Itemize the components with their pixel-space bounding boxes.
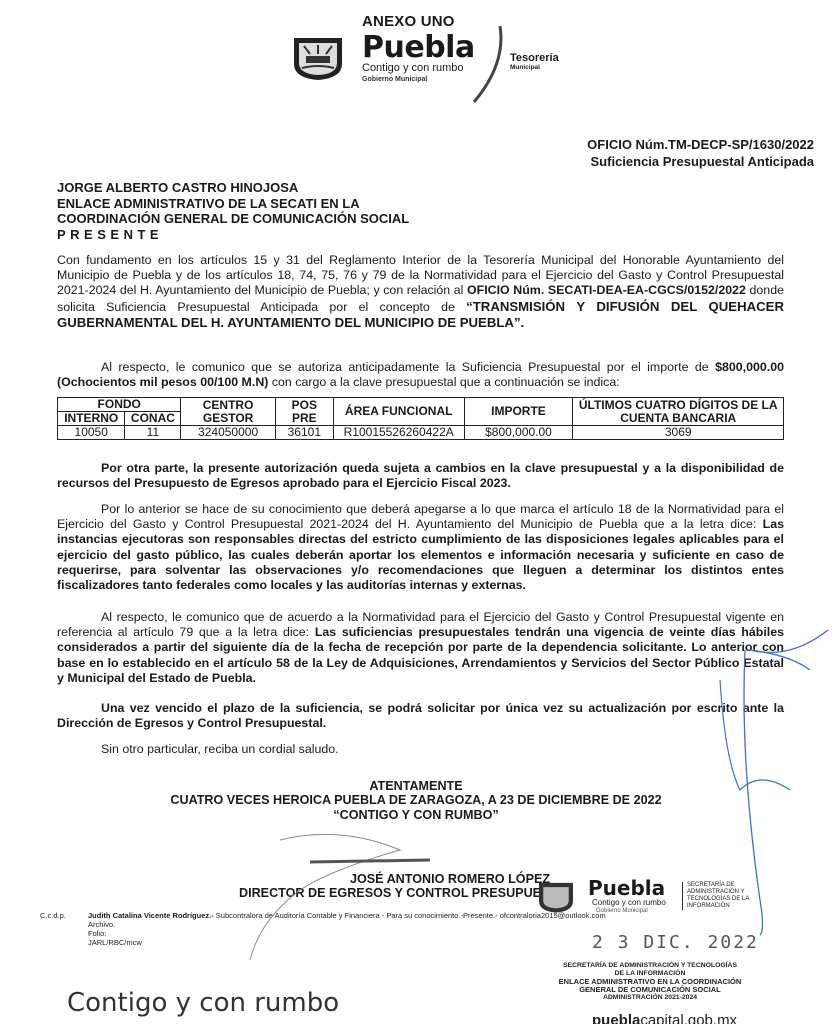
city-crest-icon <box>290 34 346 82</box>
paragraph-2: Al respecto, le comunico que se autoriza… <box>57 360 784 390</box>
cell-interno: 10050 <box>58 426 125 440</box>
table-row: 10050 11 324050000 36101 R10015526260422… <box>58 426 784 440</box>
cell-importe: $800,000.00 <box>464 426 573 440</box>
presente-label: PRESENTE <box>57 227 409 243</box>
paragraph-5: Al respecto, le comunico que de acuerdo … <box>57 610 784 686</box>
department-name: Tesorería <box>510 52 559 64</box>
oficio-number: OFICIO Núm.TM-DECP-SP/1630/2022 <box>587 136 814 153</box>
cell-pos-pre: 36101 <box>275 426 333 440</box>
header-conac: CONAC <box>125 412 181 426</box>
cell-area-funcional: R10015526260422A <box>333 426 464 440</box>
cell-ultimos-digitos: 3069 <box>573 426 784 440</box>
header-ultimos-digitos: ÚLTIMOS CUATRO DÍGITOS DE LA CUENTA BANC… <box>573 398 784 426</box>
header-centro-gestor: CENTRO GESTOR <box>181 398 275 426</box>
addressee-block: JORGE ALBERTO CASTRO HINOJOSA ENLACE ADM… <box>57 180 409 242</box>
ccp-archivo: Archivo. <box>88 920 115 929</box>
header-area-funcional: ÁREA FUNCIONAL <box>333 398 464 426</box>
ccp-folio: Folio: <box>88 929 106 938</box>
cell-conac: 11 <box>125 426 181 440</box>
closing-place-date: CUATRO VECES HEROICA PUEBLA DE ZARAGOZA,… <box>0 793 832 808</box>
closing-motto: “CONTIGO Y CON RUMBO” <box>0 808 832 823</box>
enlace-stamp: SECRETARÍA DE ADMINISTRACIÓN Y TECNOLOGÍ… <box>540 962 760 1002</box>
stamp-logo: Puebla <box>588 876 665 900</box>
ccp-block: C.c.d.p.Judith Catalina Vicente Rodrígue… <box>40 911 606 947</box>
paragraph-1: Con fundamento en los artículos 15 y 31 … <box>57 253 784 331</box>
ccp-recipient-name: Judith Catalina Vicente Rodríguez.- <box>88 911 214 920</box>
stamp-slogan: Contigo y con rumbo <box>592 898 666 907</box>
ccp-initials: JARL/RBC/mcw <box>88 938 142 947</box>
logo-subtitle: Gobierno Municipal <box>362 76 427 83</box>
footer-url: pueblacapital.gob.mx <box>592 1012 737 1024</box>
budget-key-table: FONDO CENTRO GESTOR POS PRE ÁREA FUNCION… <box>57 397 784 440</box>
header-fondo: FONDO <box>58 398 181 412</box>
logo-divider-icon <box>468 24 508 104</box>
reception-date-stamp: 2 3 DIC. 2022 <box>592 932 759 953</box>
paragraph-6: Una vez vencido el plazo de la suficienc… <box>57 701 784 731</box>
oficio-subject: Suficiencia Presupuestal Anticipada <box>587 153 814 170</box>
addressee-title-2: COORDINACIÓN GENERAL DE COMUNICACIÓN SOC… <box>57 211 409 227</box>
stamp-gob: Gobierno Municipal <box>596 908 648 914</box>
department-sub: Municipal <box>510 64 540 71</box>
ccp-label: C.c.d.p. <box>40 911 88 920</box>
header-pos-pre: POS PRE <box>275 398 333 426</box>
addressee-title-1: ENLACE ADMINISTRATIVO DE LA SECATI EN LA <box>57 196 409 212</box>
stamp-crest-icon <box>536 880 576 914</box>
header-importe: IMPORTE <box>464 398 573 426</box>
stamp-secretaria: SECRETARÍA DE ADMINISTRACIÓN Y TECNOLOGÍ… <box>682 882 749 910</box>
paragraph-3: Por otra parte, la presente autorización… <box>57 461 784 491</box>
paragraph-7: Sin otro particular, reciba un cordial s… <box>57 742 784 757</box>
puebla-logo: Puebla <box>362 30 475 65</box>
footer-slogan: Contigo y con rumbo <box>67 988 339 1018</box>
closing-atentamente: ATENTAMENTE <box>0 779 832 794</box>
cell-centro-gestor: 324050000 <box>181 426 275 440</box>
oficio-reference: OFICIO Núm.TM-DECP-SP/1630/2022 Suficien… <box>587 136 814 170</box>
header-interno: INTERNO <box>58 412 125 426</box>
logo-slogan: Contigo y con rumbo <box>362 62 464 74</box>
annex-label: ANEXO UNO <box>362 13 455 30</box>
addressee-name: JORGE ALBERTO CASTRO HINOJOSA <box>57 180 409 196</box>
paragraph-4: Por lo anterior se hace de su conocimien… <box>57 502 784 593</box>
